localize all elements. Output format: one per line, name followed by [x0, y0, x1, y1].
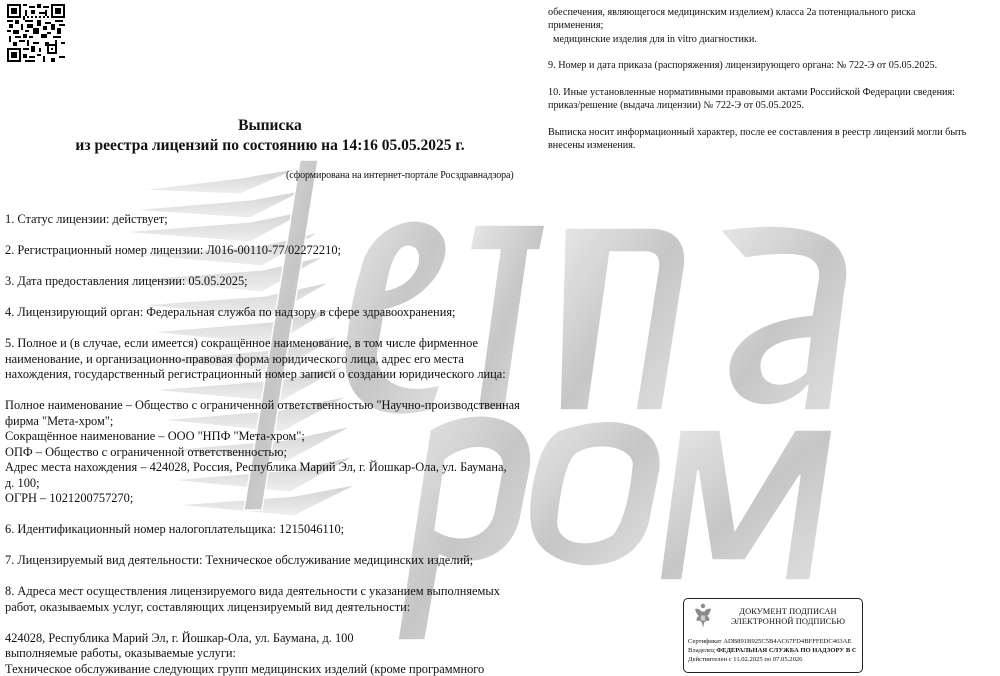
item-5-line-2: наименование, и организационно-правовая … — [5, 352, 545, 368]
title-line-2: из реестра лицензий по состоянию на 14:1… — [40, 136, 500, 156]
stamp-heading-line-1: ДОКУМЕНТ ПОДПИСАН — [718, 607, 858, 617]
item-8-line-2: работ, оказываемых услуг, составляющих л… — [5, 600, 545, 616]
document-subtitle: (сформирована на интернет-портале Росздр… — [286, 170, 514, 181]
license-status: 1. Статус лицензии: действует; — [5, 212, 545, 228]
item-5-line-1: 5. Полное и (в случае, если имеется) сок… — [5, 336, 545, 352]
stamp-heading-line-2: ЭЛЕКТРОННОЙ ПОДПИСЬЮ — [718, 617, 858, 627]
license-details-right-column: обеспечения, являющегося медицинским изд… — [548, 6, 998, 152]
electronic-signature-stamp: ДОКУМЕНТ ПОДПИСАН ЭЛЕКТРОННОЙ ПОДПИСЬЮ С… — [683, 598, 863, 673]
date-granted: 3. Дата предоставления лицензии: 05.05.2… — [5, 274, 545, 290]
works-line-4: медицинские изделия для in vitro диагнос… — [548, 33, 998, 46]
certificate-value: ADB891B925C5B4AC67FD4BFFFEDC463AE — [723, 638, 851, 645]
title-line-1: Выписка — [40, 116, 500, 136]
item-5-line-3: нахождения, государственный регистрацион… — [5, 367, 545, 383]
works-line-3: применения; — [548, 19, 998, 32]
address-line-2: д. 100; — [5, 476, 545, 492]
owner-row: Владелец ФЕДЕРАЛЬНАЯ СЛУЖБА ПО НАДЗОРУ В… — [688, 647, 857, 655]
disclaimer-line-2: внесены изменения. — [548, 139, 998, 152]
works-line-1: Техническое обслуживание следующих групп… — [5, 662, 545, 676]
document-title: Выписка из реестра лицензий по состоянию… — [40, 116, 500, 156]
stamp-heading: ДОКУМЕНТ ПОДПИСАН ЭЛЕКТРОННОЙ ПОДПИСЬЮ — [718, 607, 858, 627]
qr-code-icon — [7, 2, 65, 64]
owner-value: ФЕДЕРАЛЬНАЯ СЛУЖБА ПО НАДЗОРУ В С — [716, 647, 856, 654]
licensed-activity: 7. Лицензируемый вид деятельности: Техни… — [5, 553, 545, 569]
item-8-line-1: 8. Адреса мест осуществления лицензируем… — [5, 584, 545, 600]
coat-of-arms-icon — [692, 603, 714, 629]
legal-form: ОПФ – Общество с ограниченной ответствен… — [5, 445, 545, 461]
works-label: выполняемые работы, оказываемые услуги: — [5, 646, 545, 662]
inn: 6. Идентификационный номер налогоплатель… — [5, 522, 545, 538]
registration-number: 2. Регистрационный номер лицензии: Л016-… — [5, 243, 545, 259]
order-number: 9. Номер и дата приказа (распоряжения) л… — [548, 59, 998, 72]
other-info-line-2: приказ/решение (выдача лицензии) № 722-Э… — [548, 99, 998, 112]
ogrn: ОГРН – 1021200757270; — [5, 491, 545, 507]
address-line-1: Адрес места нахождения – 424028, Россия,… — [5, 460, 545, 476]
certificate-row: Сертификат ADB891B925C5B4AC67FD4BFFFEDC4… — [688, 638, 851, 646]
license-details-left-column: 1. Статус лицензии: действует; 2. Регист… — [5, 212, 545, 676]
short-name: Сокращённое наименование – ООО "НПФ "Мет… — [5, 429, 545, 445]
other-info-line-1: 10. Иные установленные нормативными прав… — [548, 86, 998, 99]
disclaimer-line-1: Выписка носит информационный характер, п… — [548, 126, 998, 139]
works-line-2: обеспечения, являющегося медицинским изд… — [548, 6, 998, 19]
licensing-body: 4. Лицензирующий орган: Федеральная служ… — [5, 305, 545, 321]
validity-row: Действителен с 11.02.2025 по 07.05.2026 — [688, 656, 802, 664]
owner-label: Владелец — [688, 647, 715, 654]
full-name-line-1: Полное наименование – Общество с огранич… — [5, 398, 545, 414]
place-address: 424028, Республика Марий Эл, г. Йошкар-О… — [5, 631, 545, 647]
certificate-label: Сертификат — [688, 638, 722, 645]
full-name-line-2: фирма "Мета-хром"; — [5, 414, 545, 430]
